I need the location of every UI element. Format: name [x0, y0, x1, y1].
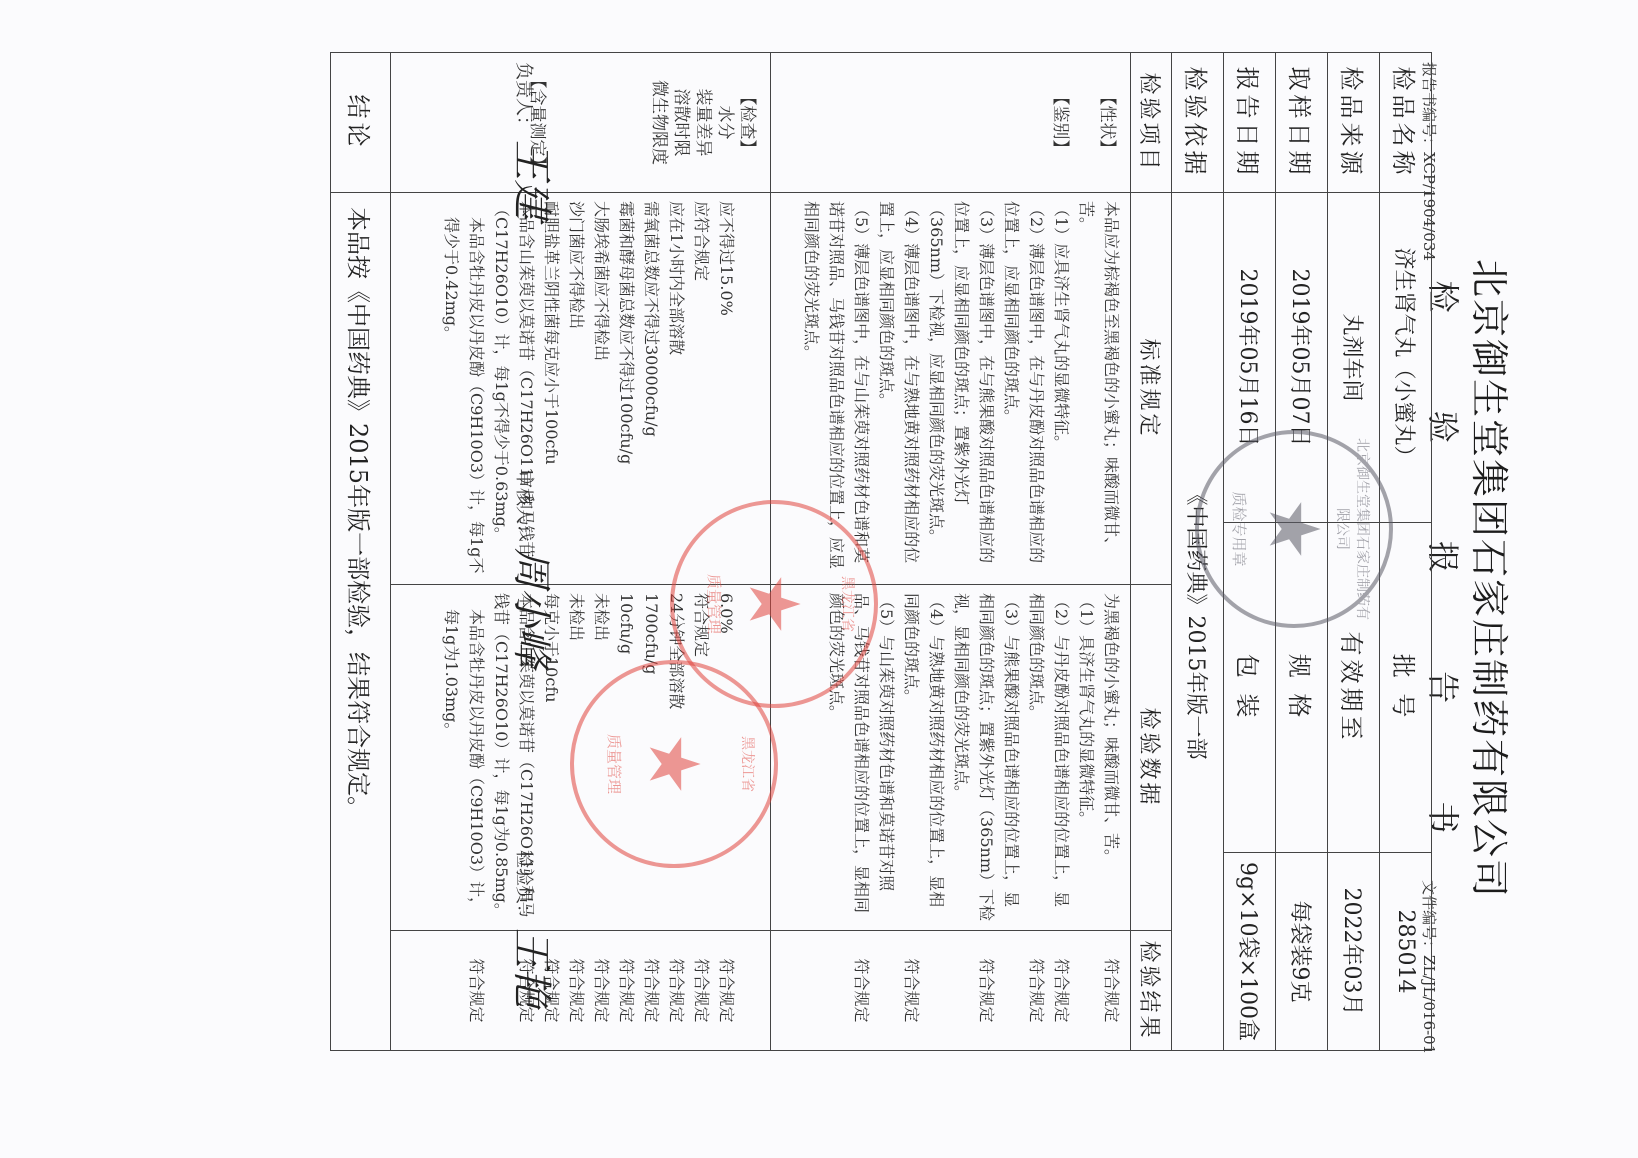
responsible-label: 负责人：	[513, 62, 534, 134]
standard-identification-4: （4）薄层色谱图中，在与熟地黄对照药材相应的位置上，应显相同颜色的斑点。	[874, 201, 924, 576]
result-disintegration: 符合规定	[664, 931, 689, 1050]
item-tests: 【检查】	[736, 53, 758, 192]
item-moisture: 水分	[714, 53, 736, 192]
data-mold-yeast: 10cfu/g	[614, 593, 639, 922]
result-salmonella: 符合规定	[564, 931, 589, 1050]
standard-moisture: 应不得过15.0%	[714, 201, 739, 576]
result-identification-1: 符合规定	[1049, 931, 1074, 1050]
data-disintegration: 24分钟全部溶散	[664, 593, 689, 922]
result-assay-2: 符合规定	[464, 931, 489, 1050]
reviewer-sign: 周小峰	[508, 548, 554, 668]
standard-cell-tests-assay: 应不得过15.0% 应符合规定 应在1小时内全部溶散 需氧菌总数应不得过3000…	[391, 193, 771, 585]
expiry-label: 有效期至	[1328, 523, 1380, 853]
item-microbial-limit: 微生物限度	[648, 53, 670, 192]
header-result: 检验结果	[1131, 931, 1172, 1051]
items-cell-appearance-identification: 【性状】 【鉴别】	[771, 53, 1131, 193]
standard-identification-3: （3）薄层色谱图中，在与熊果酸对照品色谱相应的位置上，应显相同颜色的斑点；置紫外…	[924, 201, 999, 576]
data-appearance: 为黑褐色的小蜜丸；味酸而微甘、苦。	[1099, 593, 1124, 922]
inspection-table: 检品名称 济生肾气丸（小蜜丸） 批 号 285014 检品来源 丸剂车间 有效期…	[330, 52, 1432, 1051]
basis-label: 检验依据	[1172, 53, 1224, 193]
standard-salmonella: 沙门菌应不得检出	[564, 201, 589, 576]
item-identification: 【鉴别】	[1049, 53, 1071, 192]
standard-disintegration: 应在1小时内全部溶散	[664, 201, 689, 576]
sampling-date-label: 取样日期	[1276, 53, 1328, 193]
standard-mold-yeast: 霉菌和酵母菌总数应不得过100cfu/g	[614, 201, 639, 576]
reviewer-label: 审核人：	[513, 470, 534, 542]
result-appearance: 符合规定	[1099, 931, 1124, 1050]
result-identification-2: 符合规定	[1024, 931, 1049, 1050]
batch-value: 285014	[1380, 853, 1432, 1051]
data-identification-1: （1）具济生肾气丸的显微特征。	[1074, 593, 1099, 922]
basis-value: 《中国药典》2015年版一部	[1172, 193, 1224, 1051]
batch-label: 批 号	[1380, 523, 1432, 853]
inspector-signature: 检验员： 王艳	[506, 850, 563, 1008]
reviewer-signature: 审核人： 周小峰	[506, 470, 563, 668]
result-moisture: 符合规定	[714, 931, 739, 1050]
data-fill-variation: 符合规定	[689, 593, 714, 922]
report-date-value: 2019年05月16日	[1224, 193, 1276, 523]
conclusion-text: 本品按《中国药典》2015年版一部检验，结果符合规定。	[331, 193, 391, 1051]
data-moisture: 6.0%	[714, 593, 739, 922]
sampling-date-value: 2019年05月07日	[1276, 193, 1328, 523]
spec-label: 规 格	[1276, 523, 1328, 853]
standard-identification-2: （2）薄层色谱图中，在与丹皮酚对照品色谱相应的位置上，应显相同颜色的斑点。	[999, 201, 1049, 576]
result-identification-4: 符合规定	[899, 931, 924, 1050]
result-mold-yeast: 符合规定	[614, 931, 639, 1050]
standard-e-coli: 大肠埃希菌应不得检出	[589, 201, 614, 576]
result-aerobic-count: 符合规定	[639, 931, 664, 1050]
result-identification-5: 符合规定	[849, 931, 874, 1050]
item-fill-variation: 装量差异	[692, 53, 714, 192]
report-date-label: 报告日期	[1224, 53, 1276, 193]
standard-cell-appearance-identification: 本品应为棕褐色至黑褐色的小蜜丸；味酸而微甘、苦。 （1）应具济生肾气丸的显微特征…	[771, 193, 1131, 585]
item-appearance: 【性状】	[1096, 53, 1118, 192]
items-cell-tests-assay: 【检查】 水分 装量差异 溶散时限 微生物限度 【含量测定】	[391, 53, 771, 193]
data-identification-3: （3）与熊果酸对照品色谱相应的位置上，显相同颜色的斑点；置紫外光灯（365nm）…	[949, 593, 1024, 922]
source-label: 检品来源	[1328, 53, 1380, 193]
data-cell-tests-assay: 6.0% 符合规定 24分钟全部溶散 1700cfu/g 10cfu/g 未检出…	[391, 585, 771, 931]
data-aerobic-count: 1700cfu/g	[639, 593, 664, 922]
product-name-label: 检品名称	[1380, 53, 1432, 193]
result-cell-tests-assay: 符合规定 符合规定 符合规定 符合规定 符合规定 符合规定 符合规定 符合规定 …	[391, 931, 771, 1051]
data-cell-appearance-identification: 为黑褐色的小蜜丸；味酸而微甘、苦。 （1）具济生肾气丸的显微特征。 （2）与丹皮…	[771, 585, 1131, 931]
standard-identification-1: （1）应具济生肾气丸的显微特征。	[1049, 201, 1074, 576]
header-standard: 标准规定	[1131, 193, 1172, 585]
header-item: 检验项目	[1131, 53, 1172, 193]
package-label: 包 装	[1224, 523, 1276, 853]
result-identification-3: 符合规定	[974, 931, 999, 1050]
data-salmonella: 未检出	[564, 593, 589, 922]
standard-identification-5: （5）薄层色谱图中，在与山茱萸对照药材色谱和莫诺苷对照品、马钱苷对照品色谱相应的…	[799, 201, 874, 576]
standard-assay-2: 本品含牡丹皮以丹皮酚（C9H10O3）计，每1g不得少于0.42mg。	[439, 201, 489, 576]
company-name: 北京御生堂集团石家庄制药有限公司	[1465, 0, 1520, 1158]
data-assay-2: 本品含牡丹皮以丹皮酚（C9H10O3）计，每1g为1.03mg。	[439, 593, 489, 922]
source-value: 丸剂车间	[1328, 193, 1380, 523]
responsible-signature: 负责人： 王建	[506, 62, 563, 220]
responsible-sign: 王建	[508, 140, 554, 220]
standard-aerobic-count: 需氧菌总数应不得过30000cfu/g	[639, 201, 664, 576]
inspector-label: 检验员：	[513, 850, 534, 922]
standard-fill-variation: 应符合规定	[689, 201, 714, 576]
result-cell-appearance-identification: 符合规定 符合规定 符合规定 符合规定 符合规定 符合规定	[771, 931, 1131, 1051]
report-page: 北京御生堂集团石家庄制药有限公司 检 验 报 告 书 报告书编号：XCP/190…	[0, 0, 1638, 1158]
package-value: 9g×10袋×100盒	[1224, 853, 1276, 1051]
inspector-sign: 王艳	[508, 928, 554, 1008]
standard-appearance: 本品应为棕褐色至黑褐色的小蜜丸；味酸而微甘、苦。	[1074, 201, 1124, 576]
data-identification-4: （4）与熟地黄对照药材相应的位置上，显相同颜色的斑点。	[899, 593, 949, 922]
spec-value: 每袋装9克	[1276, 853, 1328, 1051]
header-data: 检验数据	[1131, 585, 1172, 931]
result-e-coli: 符合规定	[589, 931, 614, 1050]
product-name-value: 济生肾气丸（小蜜丸）	[1380, 193, 1432, 523]
result-fill-variation: 符合规定	[689, 931, 714, 1050]
data-identification-2: （2）与丹皮酚对照品色谱相应的位置上，显相同颜色的斑点。	[1024, 593, 1074, 922]
expiry-value: 2022年03月	[1328, 853, 1380, 1051]
item-disintegration: 溶散时限	[670, 53, 692, 192]
data-identification-5: （5）与山茱萸对照药材色谱和莫诺苷对照品、马钱苷对照品色谱相应的位置上，显相同颜…	[824, 593, 899, 922]
data-e-coli: 未检出	[589, 593, 614, 922]
conclusion-label: 结论	[331, 53, 391, 193]
